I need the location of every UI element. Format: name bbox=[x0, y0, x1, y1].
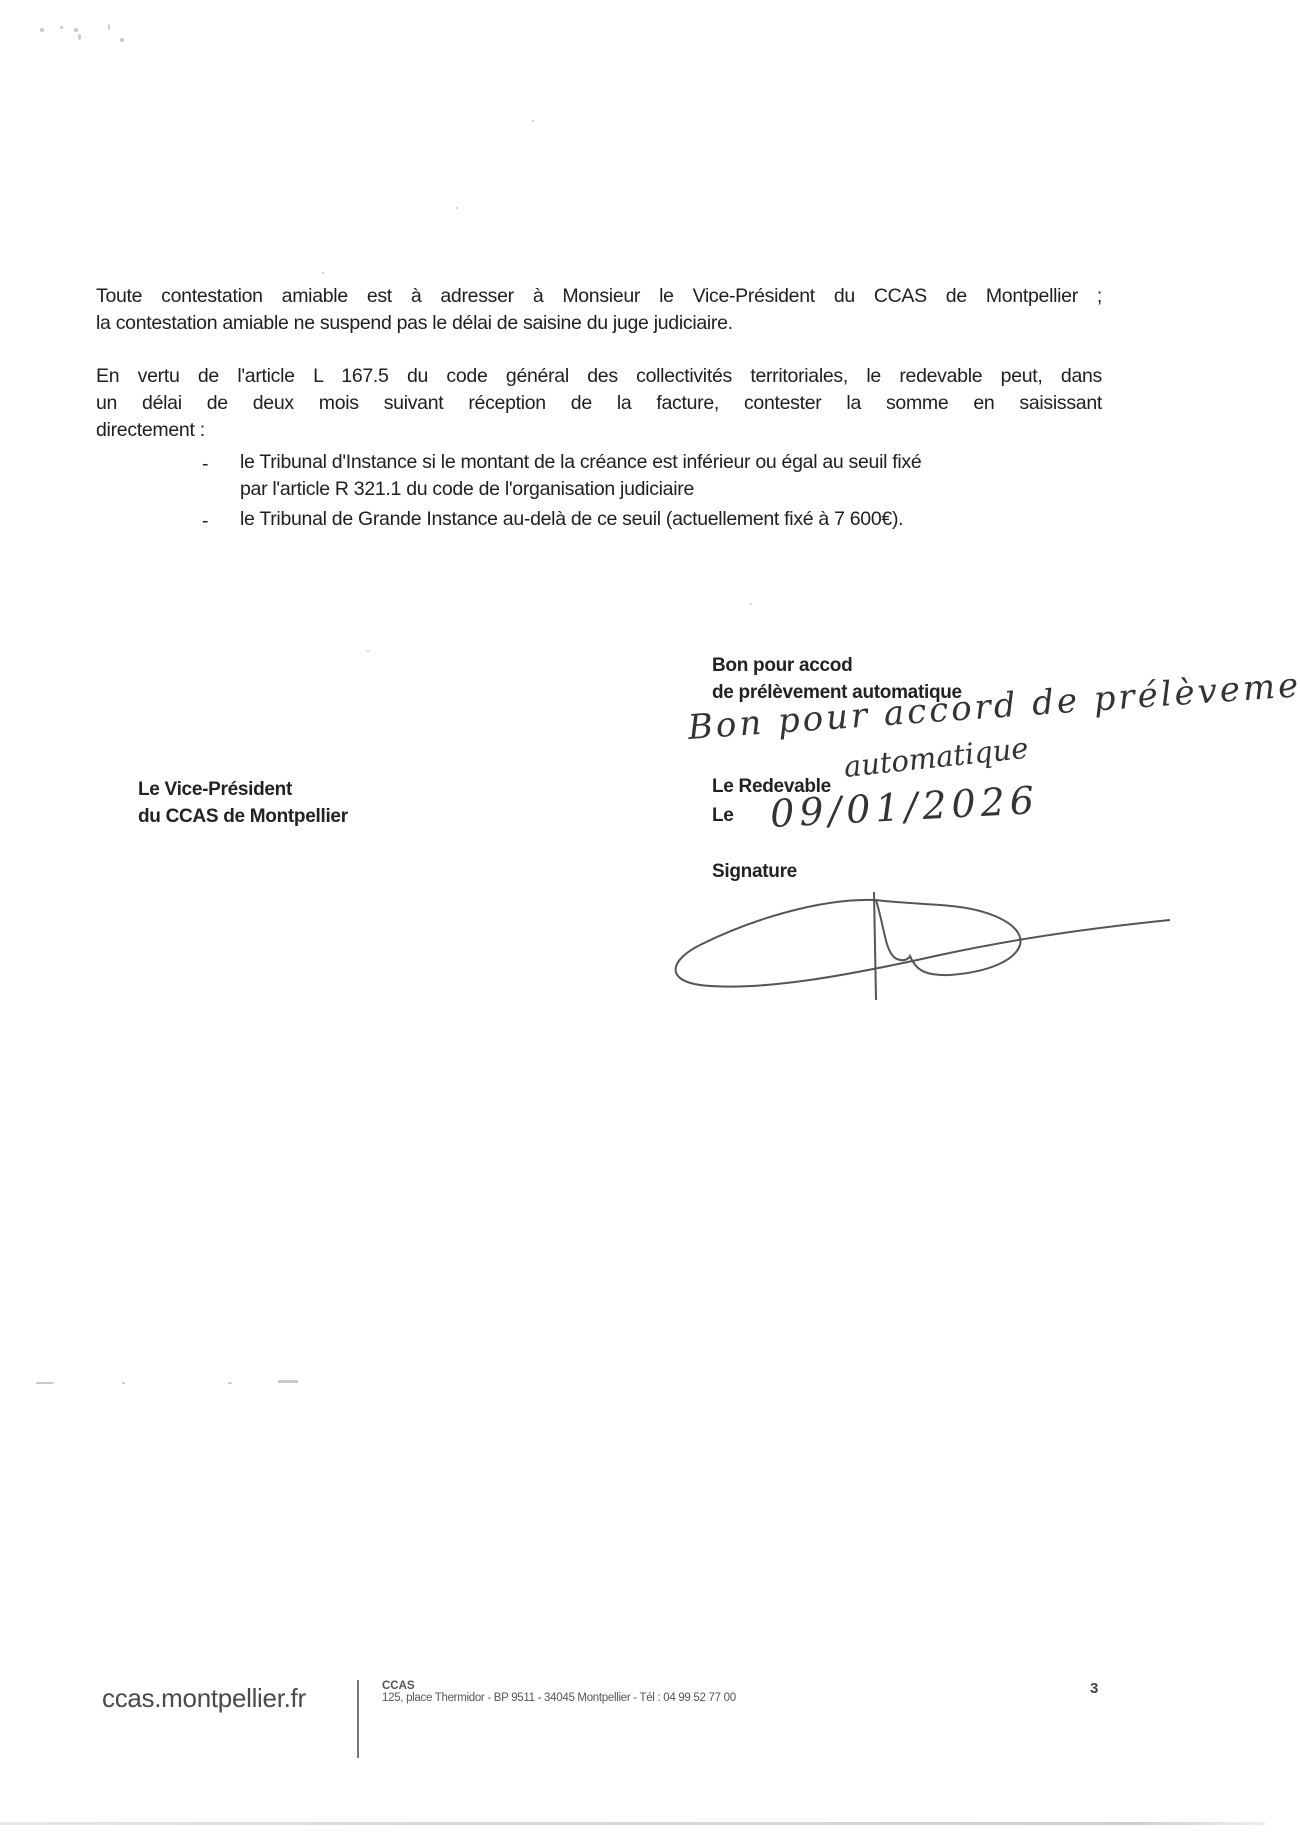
issuer-signature-block: Le Vice-Président du CCAS de Montpellier bbox=[138, 776, 348, 830]
list-item-line: le Tribunal de Grande Instance au-delà d… bbox=[240, 506, 1102, 533]
footer-divider bbox=[357, 1680, 359, 1758]
paragraph-line: Toute contestation amiable est à adresse… bbox=[96, 283, 1102, 310]
issuer-organization: du CCAS de Montpellier bbox=[138, 803, 348, 830]
footer-contact: CCAS 125, place Thermidor - BP 9511 - 34… bbox=[382, 1680, 736, 1704]
tribunal-list: - le Tribunal d'Instance si le montant d… bbox=[202, 449, 1102, 539]
handwritten-signature bbox=[670, 890, 1190, 1020]
signature-label: Signature bbox=[712, 858, 797, 885]
footer-organization: CCAS bbox=[382, 1680, 736, 1692]
footer-website[interactable]: ccas.montpellier.fr bbox=[102, 1683, 306, 1714]
bullet-dash: - bbox=[202, 451, 208, 478]
list-item-line: par l'article R 321.1 du code de l'organ… bbox=[240, 476, 1102, 503]
paragraph-line: la contestation amiable ne suspend pas l… bbox=[96, 310, 1102, 337]
issuer-title: Le Vice-Président bbox=[138, 776, 348, 803]
approval-heading-line: Bon pour accod bbox=[712, 652, 962, 679]
bullet-dash: - bbox=[202, 508, 208, 535]
date-label: Le bbox=[712, 802, 734, 829]
page-number: 3 bbox=[1090, 1680, 1098, 1697]
footer-address: 125, place Thermidor - BP 9511 - 34045 M… bbox=[382, 1692, 736, 1704]
paragraph-line: directement : bbox=[96, 417, 1102, 444]
paragraph-line: En vertu de l'article L 167.5 du code gé… bbox=[96, 363, 1102, 390]
legal-paragraph: En vertu de l'article L 167.5 du code gé… bbox=[96, 363, 1102, 444]
contestation-paragraph: Toute contestation amiable est à adresse… bbox=[96, 283, 1102, 337]
handwritten-approval-continued: automatique bbox=[842, 731, 1030, 784]
page-edge-line bbox=[0, 1822, 1265, 1825]
paragraph-line: un délai de deux mois suivant réception … bbox=[96, 390, 1102, 417]
list-item-line: le Tribunal d'Instance si le montant de … bbox=[240, 449, 1102, 476]
